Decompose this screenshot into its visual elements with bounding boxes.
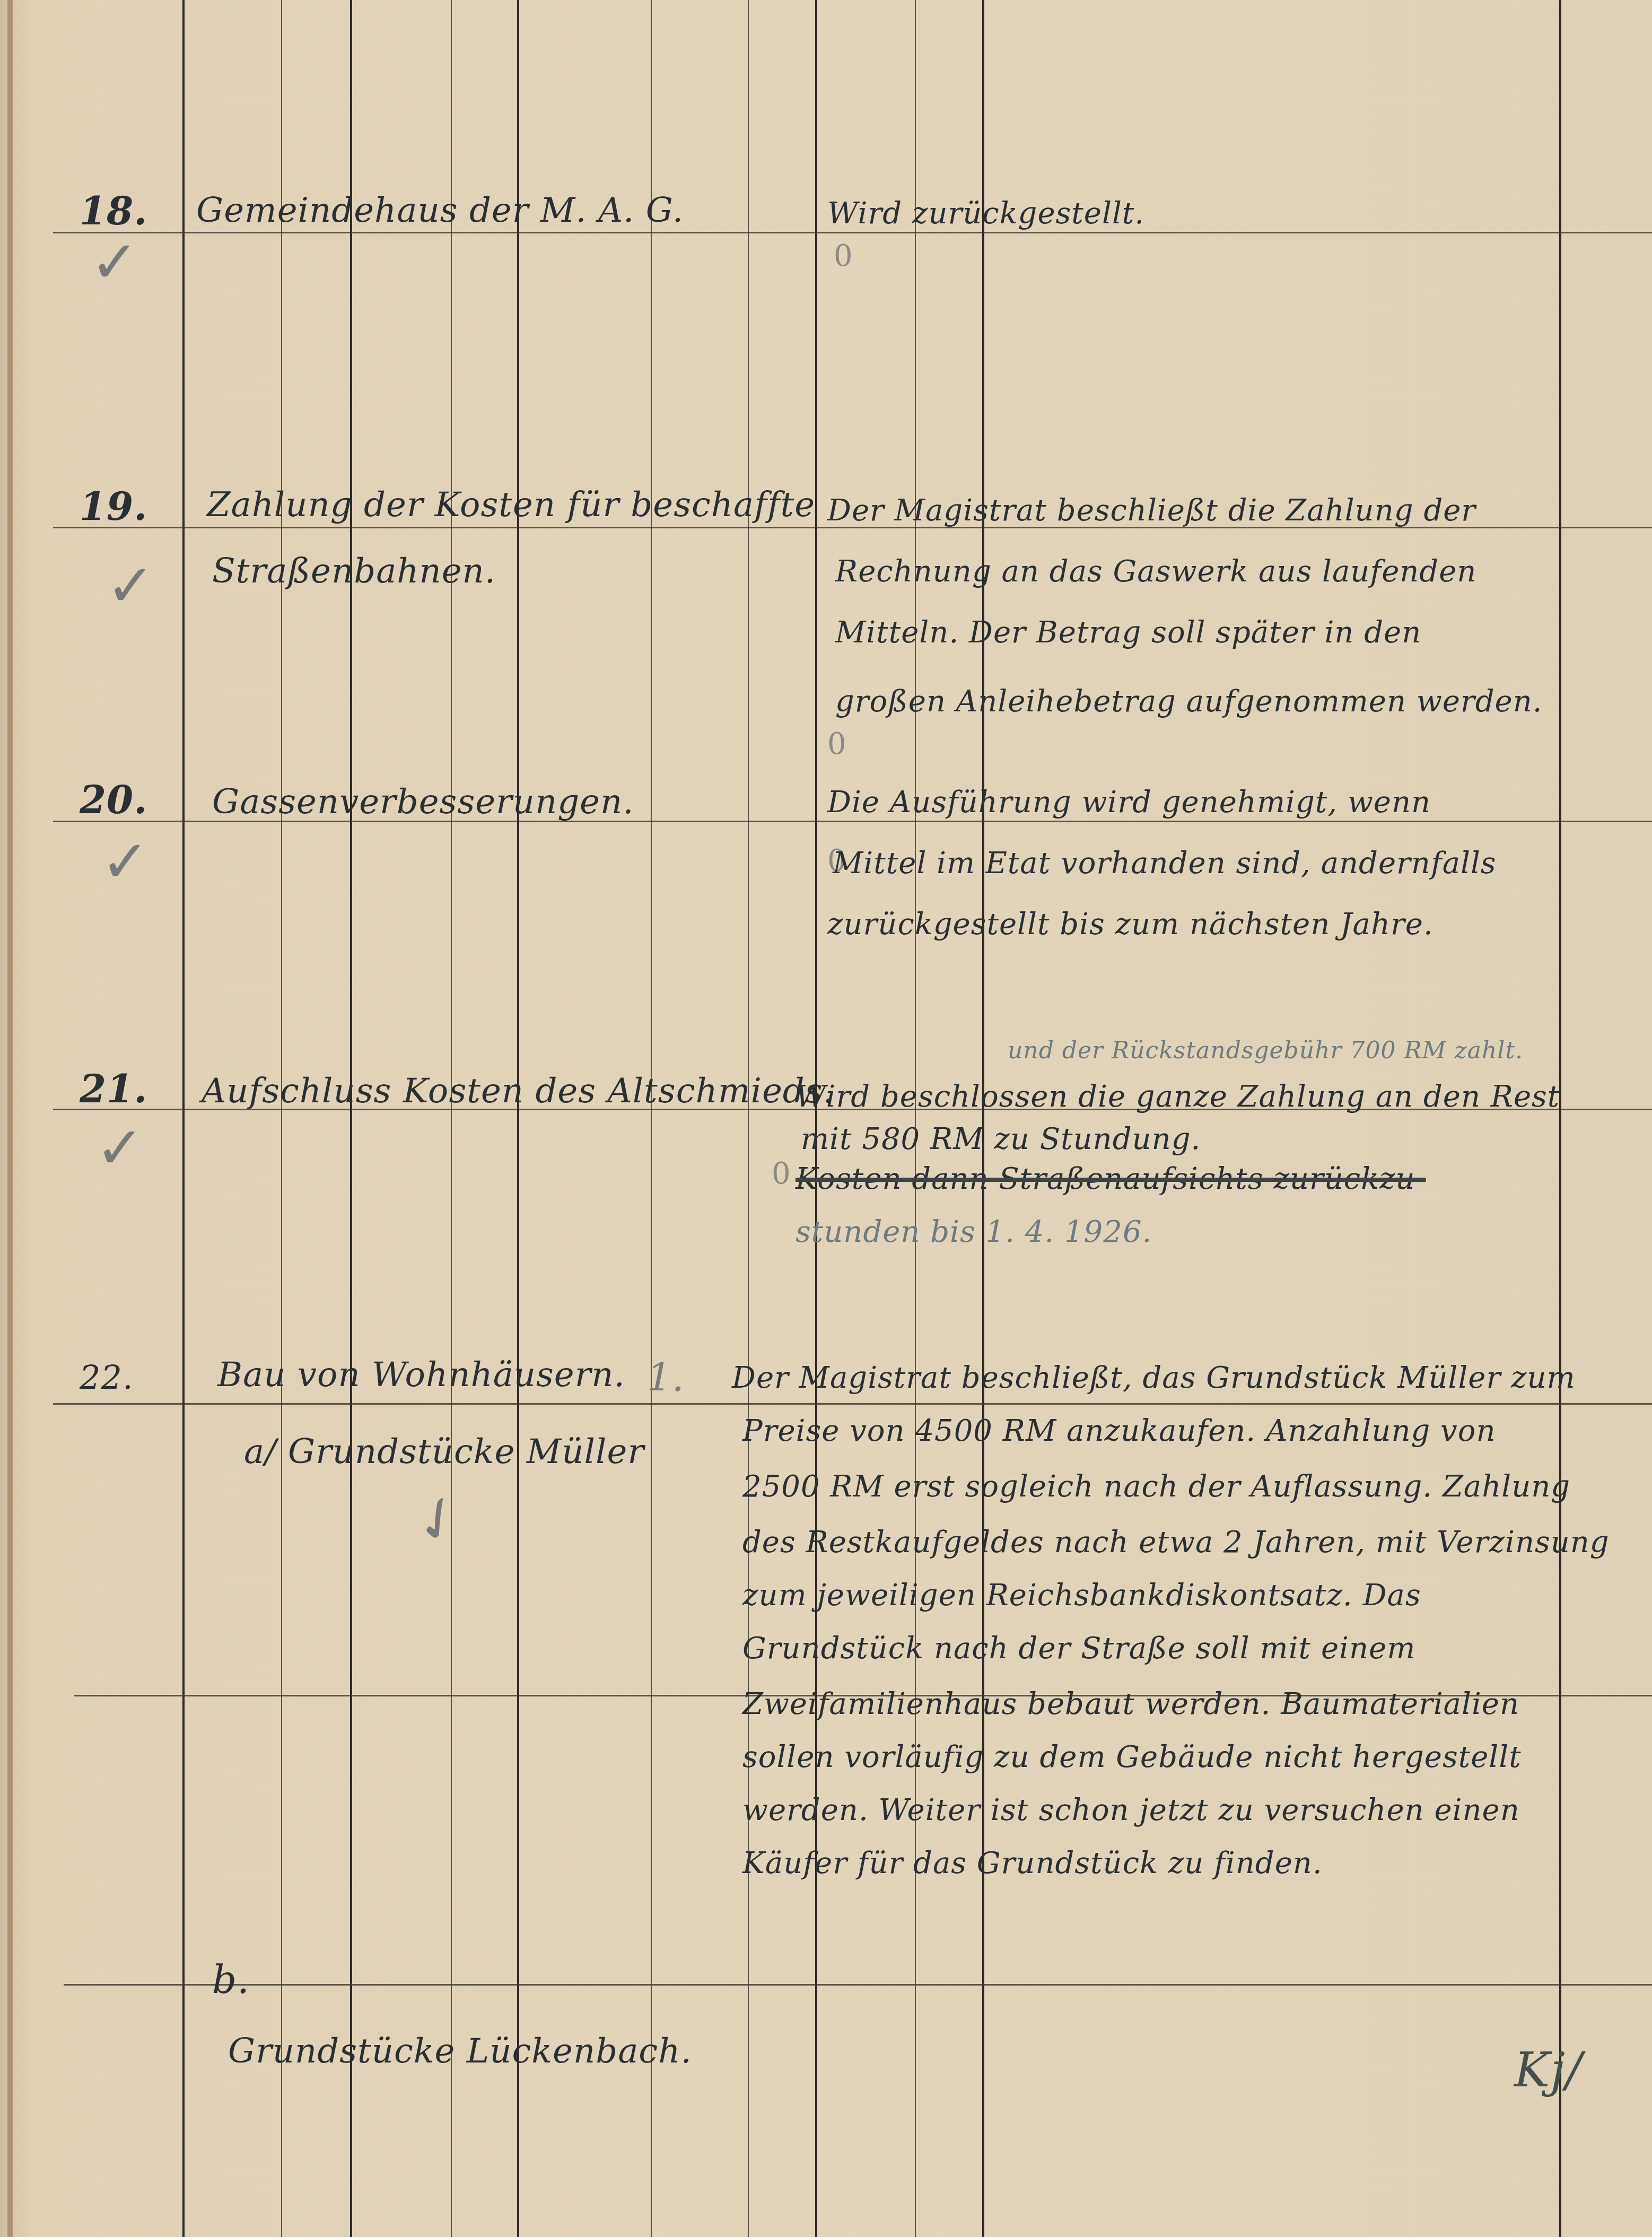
- row-rule: [53, 232, 1652, 233]
- item-marker: 1.: [647, 1355, 685, 1400]
- entry-subject: Grundstücke Lückenbach.: [228, 2032, 692, 2071]
- checkmark-icon: ✓: [106, 552, 155, 620]
- entry-decision-line: Mitteln. Der Betrag soll später in den: [835, 615, 1421, 650]
- entry-number: 19.: [80, 484, 147, 529]
- entry-number: 18.: [80, 188, 147, 233]
- entry-decision-line: stunden bis 1. 4. 1926.: [796, 1215, 1152, 1249]
- entry-subject: Straßenbahnen.: [212, 552, 496, 591]
- column-rule: [451, 0, 452, 2237]
- column-rule: [915, 0, 916, 2237]
- row-rule: [64, 1984, 1652, 1986]
- ledger-page: 18. ✓ Gemeindehaus der M. A. G. 0 Wird z…: [0, 0, 1652, 2237]
- entry-decision-line: Grundstück nach der Straße soll mit eine…: [742, 1631, 1415, 1666]
- checkmark-icon: ✓: [90, 228, 139, 296]
- checkmark-icon: ✓: [400, 1477, 477, 1561]
- clerk-initials: Kj/: [1514, 2042, 1582, 2098]
- checkmark-icon: ✓: [101, 828, 150, 895]
- entry-decision-line: Wird beschlossen die ganze Zahlung an de…: [796, 1080, 1560, 1114]
- column-rule: [651, 0, 652, 2237]
- entry-subject: Gassenverbesserungen.: [212, 782, 634, 822]
- entry-decision-line: Mittel im Etat vorhanden sind, andernfal…: [833, 846, 1497, 881]
- entry-decision-line: zum jeweiligen Reichsbankdiskontsatz. Da…: [742, 1578, 1421, 1613]
- decision-insertion: und der Rückstandsgebühr 700 RM zahlt.: [1008, 1037, 1523, 1064]
- entry-subject-sub: a/ Grundstücke Müller: [244, 1432, 644, 1472]
- margin-mark: 0: [834, 239, 853, 273]
- entry-subject: Zahlung der Kosten für beschaffte: [207, 485, 815, 525]
- entry-decision-line: mit 580 RM zu Stundung.: [801, 1122, 1201, 1156]
- entry-decision-line-struck: Kosten dann Straßenaufsichts zurückzu-: [796, 1162, 1426, 1196]
- entry-decision-line: Rechnung an das Gaswerk aus laufenden: [835, 554, 1476, 589]
- entry-subject: Bau von Wohnhäusern.: [217, 1355, 625, 1395]
- column-rule: [350, 0, 352, 2237]
- entry-decision-line: 2500 RM erst sogleich nach der Auflassun…: [742, 1469, 1570, 1504]
- page-binding-edge: [7, 0, 13, 2237]
- column-rule: [182, 0, 185, 2237]
- entry-decision-line: sollen vorläufig zu dem Gebäude nicht he…: [742, 1740, 1522, 1774]
- entry-decision-line: Die Ausführung wird genehmigt, wenn: [827, 785, 1431, 820]
- checkmark-icon: ✓: [95, 1114, 145, 1182]
- margin-mark: 0: [772, 1156, 791, 1191]
- margin-mark: 0: [827, 727, 846, 761]
- entry-decision-line: Der Magistrat beschließt, das Grundstück…: [732, 1361, 1576, 1395]
- sub-item-marker: b.: [212, 1957, 250, 2002]
- entry-decision-line: großen Anleihebetrag aufgenommen werden.: [835, 684, 1543, 719]
- entry-decision-line: Der Magistrat beschließt die Zahlung der: [827, 493, 1476, 528]
- entry-decision-line: Zweifamilienhaus bebaut werden. Baumater…: [742, 1687, 1519, 1721]
- entry-subject: Aufschluss Kosten des Altschmieds.: [202, 1072, 834, 1111]
- column-rule: [517, 0, 519, 2237]
- entry-decision-line: des Restkaufgeldes nach etwa 2 Jahren, m…: [742, 1525, 1610, 1560]
- entry-subject: Gemeindehaus der M. A. G.: [196, 191, 684, 230]
- entry-decision-line: Käufer für das Grundstück zu finden.: [742, 1846, 1323, 1881]
- entry-decision-line: Wird zurückgestellt.: [827, 196, 1144, 231]
- entry-decision-line: werden. Weiter ist schon jetzt zu versuc…: [742, 1793, 1520, 1827]
- column-rule: [748, 0, 749, 2237]
- column-rule: [281, 0, 282, 2237]
- row-rule: [53, 1403, 1652, 1405]
- entry-number: 22.: [80, 1358, 134, 1397]
- entry-decision-line: zurückgestellt bis zum nächsten Jahre.: [827, 907, 1434, 942]
- entry-number: 21.: [80, 1066, 147, 1111]
- entry-decision-line: Preise von 4500 RM anzukaufen. Anzahlung…: [742, 1414, 1496, 1448]
- column-rule: [982, 0, 984, 2237]
- entry-number: 20.: [80, 777, 147, 822]
- column-rule: [815, 0, 817, 2237]
- column-rule: [1559, 0, 1561, 2237]
